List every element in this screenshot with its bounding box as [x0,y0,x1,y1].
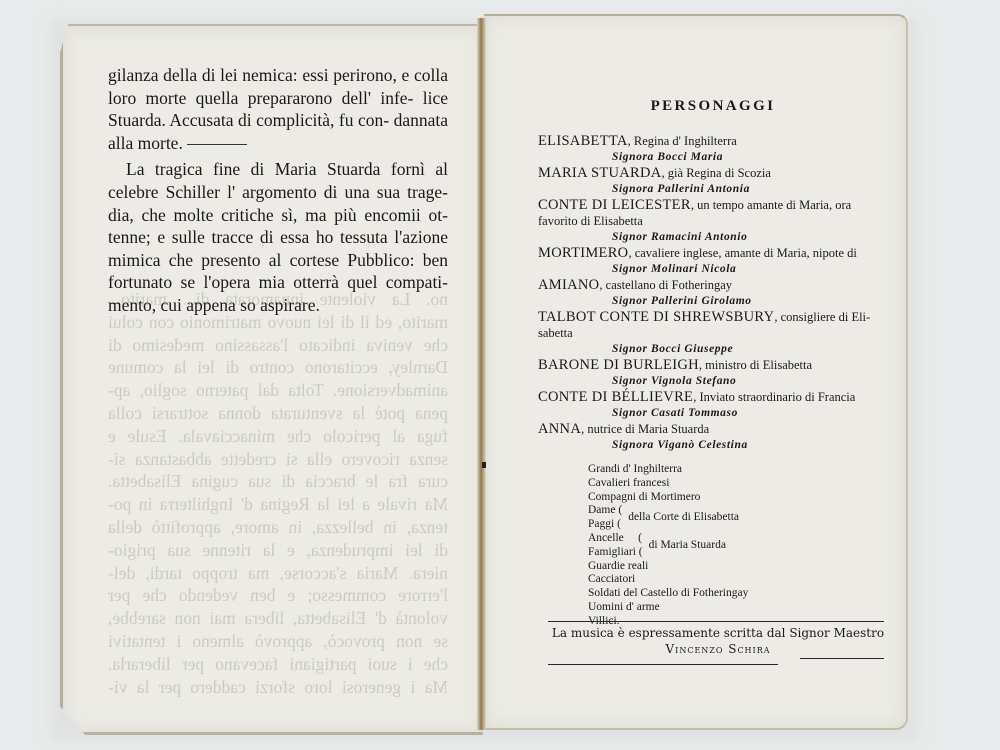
ghost-line: tenza, in bellezza, in amore, approfittò… [108,516,448,539]
character-desc-cont: sabetta [538,325,888,341]
credit-line: La musica è espressamente scritta dal Si… [548,625,888,641]
character-name: MARIA STUARDA [538,165,662,181]
character-entry: MORTIMERO, cavaliere inglese, amante di … [538,245,888,277]
character-entry: CONTE DI LEICESTER, un tempo amante di M… [538,197,888,245]
character-name: BARONE DI BURLEIGH [538,357,699,373]
text-line: fortunato se l'opera mia otterrà quel co… [108,272,448,292]
ghost-line: Ma i generosi loro sforzi caddero per la… [108,676,448,699]
ghost-line: se non provocò, approvò almeno i tentati… [108,630,448,653]
group-item: Guardie reali [588,560,888,574]
character-desc: , cavaliere inglese, amante di Maria, ni… [628,246,856,260]
character-entry: BARONE DI BURLEIGH, ministro di Elisabet… [538,357,888,389]
group-item: Soldati del Castello di Fotheringay [588,587,888,601]
group-item: Famigliari [588,546,636,558]
text-line: La tragica fine di Maria Stuarda fornì a… [126,159,448,179]
ghost-line: Ma rivale a lei la Regina d' Inghilterra… [108,493,448,516]
character-entry: ANNA, nutrice di Maria Stuarda Signora V… [538,421,888,453]
actor-name: Signor Pallerini Girolamo [538,293,888,309]
supporting-groups: Grandi d' Inghilterra Cavalieri francesi… [538,463,888,629]
paragraph-2: La tragica fine di Maria Stuarda fornì a… [108,158,448,316]
actor-name: Signor Bocci Giuseppe [538,341,888,357]
text-line: celebre Schiller l' argomento di una sua… [108,182,448,202]
ghost-line: animadversione. Tolta dal paterno soglio… [108,379,448,402]
court-elisabetta-group: Dame ( Paggi ( della Corte di Elisabetta [588,504,888,532]
music-credit: La musica è espressamente scritta dal Si… [548,625,888,657]
actor-name: Signora Bocci Maria [538,149,888,165]
ghost-line: l'errore commesso; e ben vedendo che per [108,584,448,607]
character-desc: , un tempo amante di Maria, ora [691,198,851,212]
character-name: CONTE DI BÉLLIEVRE [538,389,693,405]
character-desc: , nutrice di Maria Stuarda [581,422,709,436]
character-name: ELISABETTA [538,133,628,149]
group-item: Paggi [588,518,614,530]
actor-name: Signor Molinari Nicola [538,261,888,277]
actor-name: Signor Casati Tommaso [538,405,888,421]
group-item: Compagni di Mortimero [588,491,888,505]
bleed-through-text: no. La violente innamorata di... marito.… [108,288,448,698]
book-gutter [477,18,486,730]
actor-name: Signor Ramacini Antonio [538,229,888,245]
ghost-line: pena potè la sventurata donna sottrarsi … [108,402,448,425]
character-desc: , consigliere di Eli- [774,310,870,324]
actor-name: Signor Vignola Stefano [538,373,888,389]
ghost-line: cura fra le braccia di sua cugina Elisab… [108,470,448,493]
character-entry: ELISABETTA, Regina d' Inghilterra Signor… [538,133,888,165]
text-line: mento, cui appena so aspirare. [108,295,320,315]
left-page-text: gilanza della di lei nemica: essi periro… [108,64,448,317]
court-maria-group: Ancelle ( Famigliari ( di Maria Stuarda [588,532,888,560]
group-item: Uomini d' arme [588,601,888,615]
ghost-line: che veniva indicato l'assassino medesimo… [108,334,448,357]
group-label: di Maria Stuarda [649,539,726,553]
ghost-line: fuga al pericolo che minacciavala. Esule… [108,425,448,448]
section-rule [187,144,247,145]
group-item: Grandi d' Inghilterra [588,463,888,477]
character-name: TALBOT CONTE DI SHREWSBURY [538,309,774,325]
bottom-rule-left [548,664,778,665]
character-desc: , Regina d' Inghilterra [628,134,737,148]
character-name: AMIANO [538,277,599,293]
character-name: CONTE DI LEICESTER [538,197,691,213]
group-item: Cavalieri francesi [588,477,888,491]
text-line: dia, che molte critiche sì, ma più encom… [108,205,448,225]
character-desc: , già Regina di Scozia [662,166,771,180]
paragraph-1: gilanza della di lei nemica: essi periro… [108,64,448,154]
actor-name: Signora Viganò Celestina [538,437,888,453]
character-entry: MARIA STUARDA, già Regina di Scozia Sign… [538,165,888,197]
group-item: Cacciatori [588,573,888,587]
character-entry: AMIANO, castellano di Fotheringay Signor… [538,277,888,309]
bottom-rule-right [800,658,884,659]
actor-name: Signora Pallerini Antonia [538,181,888,197]
character-desc-cont: favorito di Elisabetta [538,213,888,229]
gutter-ink-mark [482,462,486,468]
cast-list: PERSONAGGI ELISABETTA, Regina d' Inghilt… [538,96,888,629]
character-entry: TALBOT CONTE DI SHREWSBURY, consigliere … [538,309,888,357]
ghost-line: volontà d' Elisabetta, libera mai non sa… [108,607,448,630]
composer-name: Vincenzo Schira [548,641,888,657]
ghost-line: niera. Maria s'accorse, ma troppo tardi,… [108,562,448,585]
text-line: gilanza della di lei nemica: essi periro… [108,65,409,85]
group-label: della Corte di Elisabetta [628,511,739,525]
character-name: ANNA [538,421,581,437]
group-item: Dame [588,504,615,516]
text-line: tenne; e sulle tracce di essa ho tessuta… [108,227,448,247]
page-title: PERSONAGGI [538,98,888,115]
character-desc: , Inviato straordinario di Francia [693,390,855,404]
text-line: mimica che presento al cortese Pubblico:… [108,250,448,270]
ghost-line: di lei imprudenza, e la ritenne sua prig… [108,539,448,562]
ghost-line: senza ricovero ella si credette abbastan… [108,448,448,471]
character-desc: , castellano di Fotheringay [599,278,732,292]
ghost-line: Darnley, eccitarono contro di lei la com… [108,356,448,379]
character-desc: , ministro di Elisabetta [699,358,812,372]
character-entry: CONTE DI BÉLLIEVRE, Inviato straordinari… [538,389,888,421]
group-item: Ancelle [588,532,624,544]
top-rule [548,621,884,622]
ghost-line: che i suoi partigiani facevano per liber… [108,653,448,676]
character-name: MORTIMERO [538,245,628,261]
